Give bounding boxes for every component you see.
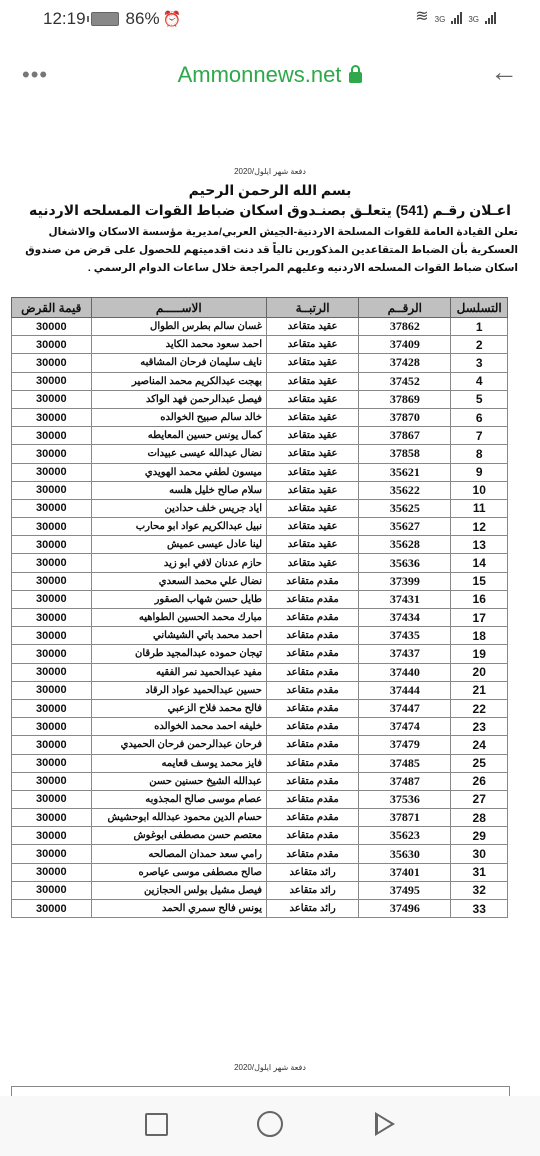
- number-cell: 37479: [359, 736, 451, 754]
- number-cell: 37434: [359, 609, 451, 627]
- rank-cell: مقدم متقاعد: [267, 627, 359, 645]
- table-row: 237409عقيد متقاعداحمد سعود محمد الكايد30…: [12, 336, 508, 354]
- loan-cell: 30000: [12, 481, 92, 499]
- clock: 12:19: [43, 9, 86, 29]
- name-cell: ميسون لطفي محمد الهويدي: [91, 463, 266, 481]
- signal-icon: [485, 10, 496, 24]
- loan-cell: 30000: [12, 554, 92, 572]
- loan-cell: 30000: [12, 445, 92, 463]
- header-loan: قيمة القرض: [12, 298, 92, 318]
- alarm-icon: ⏰: [163, 10, 182, 28]
- rank-cell: مقدم متقاعد: [267, 845, 359, 863]
- rank-cell: مقدم متقاعد: [267, 754, 359, 772]
- table-row: 1837435مقدم متقاعداحمد محمد باتي الشيشان…: [12, 627, 508, 645]
- rank-cell: عقيد متقاعد: [267, 554, 359, 572]
- status-right: ≋ 3G 3G: [415, 10, 496, 24]
- battery-percent: 86%: [126, 9, 160, 29]
- name-cell: فيصل عبدالرحمن فهد الواكد: [91, 390, 266, 408]
- serial-cell: 31: [451, 863, 508, 881]
- number-cell: 37437: [359, 645, 451, 663]
- loan-cell: 30000: [12, 318, 92, 336]
- loan-cell: 30000: [12, 881, 92, 899]
- table-row: 3237495رائد متقاعدفيصل مشيل بولس الحجازي…: [12, 881, 508, 899]
- number-cell: 35630: [359, 845, 451, 863]
- header-name: الاســـــم: [91, 298, 266, 318]
- name-cell: غسان سالم بطرس الطوال: [91, 318, 266, 336]
- serial-cell: 14: [451, 554, 508, 572]
- name-cell: اياد جريس خلف حدادين: [91, 499, 266, 517]
- name-cell: نضال عبدالله عيسى عبيدات: [91, 445, 266, 463]
- loan-cell: 30000: [12, 427, 92, 445]
- loan-cell: 30000: [12, 699, 92, 717]
- rank-cell: عقيد متقاعد: [267, 390, 359, 408]
- serial-cell: 30: [451, 845, 508, 863]
- header-date: دفعة شهر ايلول/2020: [0, 167, 540, 176]
- loan-cell: 30000: [12, 718, 92, 736]
- name-cell: فايز محمد يوسف قعايمه: [91, 754, 266, 772]
- name-cell: لينا عادل عيسى عميش: [91, 536, 266, 554]
- url-text: Ammonnews.net: [178, 62, 342, 87]
- name-cell: مفيد عبدالحميد نمر الفقيه: [91, 663, 266, 681]
- number-cell: 37869: [359, 390, 451, 408]
- serial-cell: 1: [451, 318, 508, 336]
- number-cell: 37867: [359, 427, 451, 445]
- serial-cell: 3: [451, 354, 508, 372]
- rank-cell: مقدم متقاعد: [267, 699, 359, 717]
- status-left: 12:19 86% ⏰: [43, 9, 181, 29]
- loan-cell: 30000: [12, 372, 92, 390]
- rank-cell: عقيد متقاعد: [267, 481, 359, 499]
- rank-cell: مقدم متقاعد: [267, 790, 359, 808]
- name-cell: معتصم حسن مصطفى ابوغوش: [91, 827, 266, 845]
- number-cell: 37474: [359, 718, 451, 736]
- name-cell: نضال علي محمد السعدي: [91, 572, 266, 590]
- loan-cell: 30000: [12, 809, 92, 827]
- table-row: 3337496رائد متقاعديونس فالح سمري الحمد30…: [12, 900, 508, 918]
- number-cell: 35628: [359, 536, 451, 554]
- url-display[interactable]: Ammonnews.net: [0, 62, 540, 88]
- loan-cell: 30000: [12, 681, 92, 699]
- number-cell: 37871: [359, 809, 451, 827]
- recent-apps-button[interactable]: [145, 1113, 168, 1136]
- rank-cell: عقيد متقاعد: [267, 408, 359, 426]
- rank-cell: مقدم متقاعد: [267, 736, 359, 754]
- loan-cell: 30000: [12, 499, 92, 517]
- network-type-1: 3G: [435, 15, 446, 24]
- rank-cell: عقيد متقاعد: [267, 427, 359, 445]
- header-rank: الرتبــة: [267, 298, 359, 318]
- serial-cell: 11: [451, 499, 508, 517]
- serial-cell: 24: [451, 736, 508, 754]
- loan-cell: 30000: [12, 827, 92, 845]
- name-cell: نبيل عبدالكريم عواد ابو محارب: [91, 518, 266, 536]
- table-row: 1235627عقيد متقاعدنبيل عبدالكريم عواد اب…: [12, 518, 508, 536]
- name-cell: حازم عدنان لافي ابو زيد: [91, 554, 266, 572]
- name-cell: تيجان حموده عبدالمجيد طرقان: [91, 645, 266, 663]
- loan-cell: 30000: [12, 336, 92, 354]
- name-cell: فرحان عبدالرحمن فرحان الحميدي: [91, 736, 266, 754]
- table-row: 1335628عقيد متقاعدلينا عادل عيسى عميش300…: [12, 536, 508, 554]
- number-cell: 37399: [359, 572, 451, 590]
- name-cell: عبدالله الشيخ حسنين حسن: [91, 772, 266, 790]
- serial-cell: 19: [451, 645, 508, 663]
- table-row: 1937437مقدم متقاعدتيجان حموده عبدالمجيد …: [12, 645, 508, 663]
- name-cell: حسين عبدالحميد عواد الرقاد: [91, 681, 266, 699]
- network-type-2: 3G: [468, 15, 479, 24]
- back-button[interactable]: [375, 1112, 395, 1136]
- table-row: 1035622عقيد متقاعدسلام صالح خليل هلسه300…: [12, 481, 508, 499]
- rank-cell: مقدم متقاعد: [267, 681, 359, 699]
- table-row: 3035630مقدم متقاعدرامي سعد حمدان المصالح…: [12, 845, 508, 863]
- table-row: 2637487مقدم متقاعدعبدالله الشيخ حسنين حس…: [12, 772, 508, 790]
- loan-cell: 30000: [12, 790, 92, 808]
- loan-cell: 30000: [12, 845, 92, 863]
- serial-cell: 26: [451, 772, 508, 790]
- serial-cell: 28: [451, 809, 508, 827]
- loan-cell: 30000: [12, 590, 92, 608]
- number-cell: 37428: [359, 354, 451, 372]
- table-row: 1135625عقيد متقاعداياد جريس خلف حدادين30…: [12, 499, 508, 517]
- table-row: 2237447مقدم متقاعدفالح محمد فلاح الزعبي3…: [12, 699, 508, 717]
- name-cell: احمد محمد باتي الشيشاني: [91, 627, 266, 645]
- lock-icon: [349, 72, 362, 83]
- table-row: 337428عقيد متقاعدنايف سليمان فرحان المشا…: [12, 354, 508, 372]
- battery-icon: [91, 12, 119, 26]
- name-cell: طايل حسن شهاب الصقور: [91, 590, 266, 608]
- table-row: 3137401رائد متقاعدصالح مصطفى موسى عياصره…: [12, 863, 508, 881]
- serial-cell: 25: [451, 754, 508, 772]
- table-row: 637870عقيد متقاعدخالد سالم صبيح الخوالده…: [12, 408, 508, 426]
- rank-cell: مقدم متقاعد: [267, 609, 359, 627]
- loan-cell: 30000: [12, 408, 92, 426]
- loan-cell: 30000: [12, 354, 92, 372]
- name-cell: خليفه احمد محمد الخوالده: [91, 718, 266, 736]
- serial-cell: 10: [451, 481, 508, 499]
- table-row: 2337474مقدم متقاعدخليفه احمد محمد الخوال…: [12, 718, 508, 736]
- rank-cell: عقيد متقاعد: [267, 372, 359, 390]
- table-row: 537869عقيد متقاعدفيصل عبدالرحمن فهد الوا…: [12, 390, 508, 408]
- rank-cell: عقيد متقاعد: [267, 354, 359, 372]
- serial-cell: 29: [451, 827, 508, 845]
- loan-cell: 30000: [12, 645, 92, 663]
- number-cell: 37431: [359, 590, 451, 608]
- rank-cell: مقدم متقاعد: [267, 718, 359, 736]
- wifi-icon: ≋: [415, 10, 428, 24]
- number-cell: 35623: [359, 827, 451, 845]
- name-cell: فالح محمد فلاح الزعبي: [91, 699, 266, 717]
- serial-cell: 6: [451, 408, 508, 426]
- table-row: 1737434مقدم متقاعدمبارك محمد الحسين الطو…: [12, 609, 508, 627]
- number-cell: 37495: [359, 881, 451, 899]
- loans-table: التسلسل الرقــم الرتبــة الاســـــم قيمة…: [11, 297, 508, 918]
- loan-cell: 30000: [12, 900, 92, 918]
- number-cell: 37862: [359, 318, 451, 336]
- serial-cell: 5: [451, 390, 508, 408]
- number-cell: 37447: [359, 699, 451, 717]
- serial-cell: 8: [451, 445, 508, 463]
- number-cell: 35625: [359, 499, 451, 517]
- name-cell: خالد سالم صبيح الخوالده: [91, 408, 266, 426]
- basmala: بسم الله الرحمن الرحيم: [0, 182, 540, 199]
- loan-cell: 30000: [12, 572, 92, 590]
- rank-cell: عقيد متقاعد: [267, 499, 359, 517]
- table-row: 2837871مقدم متقاعدحسام الدين محمود عبدال…: [12, 809, 508, 827]
- number-cell: 37496: [359, 900, 451, 918]
- serial-cell: 22: [451, 699, 508, 717]
- name-cell: مبارك محمد الحسين الطواهيه: [91, 609, 266, 627]
- serial-cell: 2: [451, 336, 508, 354]
- serial-cell: 7: [451, 427, 508, 445]
- rank-cell: مقدم متقاعد: [267, 645, 359, 663]
- table-row: 2037440مقدم متقاعدمفيد عبدالحميد نمر الف…: [12, 663, 508, 681]
- number-cell: 35627: [359, 518, 451, 536]
- name-cell: سلام صالح خليل هلسه: [91, 481, 266, 499]
- back-arrow-icon[interactable]: ←: [490, 56, 518, 88]
- table-row: 1435636عقيد متقاعدحازم عدنان لافي ابو زي…: [12, 554, 508, 572]
- serial-cell: 4: [451, 372, 508, 390]
- rank-cell: مقدم متقاعد: [267, 590, 359, 608]
- serial-cell: 23: [451, 718, 508, 736]
- table-row: 2737536مقدم متقاعدعصام موسى صالح المجذوب…: [12, 790, 508, 808]
- number-cell: 37444: [359, 681, 451, 699]
- serial-cell: 12: [451, 518, 508, 536]
- table-row: 837858عقيد متقاعدنضال عبدالله عيسى عبيدا…: [12, 445, 508, 463]
- number-cell: 35621: [359, 463, 451, 481]
- loan-cell: 30000: [12, 772, 92, 790]
- name-cell: يونس فالح سمري الحمد: [91, 900, 266, 918]
- serial-cell: 33: [451, 900, 508, 918]
- table-row: 737867عقيد متقاعدكمال يونس حسين المعايطه…: [12, 427, 508, 445]
- android-nav-bar: [0, 1096, 540, 1156]
- number-cell: 37487: [359, 772, 451, 790]
- table-row: 2137444مقدم متقاعدحسين عبدالحميد عواد ال…: [12, 681, 508, 699]
- number-cell: 37409: [359, 336, 451, 354]
- loan-cell: 30000: [12, 736, 92, 754]
- number-cell: 37536: [359, 790, 451, 808]
- rank-cell: مقدم متقاعد: [267, 809, 359, 827]
- table-row: 1637431مقدم متقاعدطايل حسن شهاب الصقور30…: [12, 590, 508, 608]
- table-row: 137862عقيد متقاعدغسان سالم بطرس الطوال30…: [12, 318, 508, 336]
- serial-cell: 21: [451, 681, 508, 699]
- browser-toolbar: ••• Ammonnews.net ←: [0, 40, 540, 116]
- number-cell: 37485: [359, 754, 451, 772]
- name-cell: نايف سليمان فرحان المشاقبه: [91, 354, 266, 372]
- footer-date: دفعة شهر ايلول/2020: [0, 1063, 540, 1072]
- serial-cell: 9: [451, 463, 508, 481]
- rank-cell: مقدم متقاعد: [267, 827, 359, 845]
- table-header-row: التسلسل الرقــم الرتبــة الاســـــم قيمة…: [12, 298, 508, 318]
- name-cell: صالح مصطفى موسى عياصره: [91, 863, 266, 881]
- serial-cell: 32: [451, 881, 508, 899]
- rank-cell: رائد متقاعد: [267, 900, 359, 918]
- table-row: 2935623مقدم متقاعدمعتصم حسن مصطفى ابوغوش…: [12, 827, 508, 845]
- name-cell: فيصل مشيل بولس الحجازين: [91, 881, 266, 899]
- rank-cell: مقدم متقاعد: [267, 663, 359, 681]
- rank-cell: عقيد متقاعد: [267, 518, 359, 536]
- rank-cell: مقدم متقاعد: [267, 572, 359, 590]
- table-row: 2537485مقدم متقاعدفايز محمد يوسف قعايمه3…: [12, 754, 508, 772]
- loan-cell: 30000: [12, 463, 92, 481]
- header-number: الرقــم: [359, 298, 451, 318]
- number-cell: 37858: [359, 445, 451, 463]
- loan-cell: 30000: [12, 536, 92, 554]
- table-row: 935621عقيد متقاعدميسون لطفي محمد الهويدي…: [12, 463, 508, 481]
- serial-cell: 27: [451, 790, 508, 808]
- rank-cell: عقيد متقاعد: [267, 336, 359, 354]
- table-row: 2437479مقدم متقاعدفرحان عبدالرحمن فرحان …: [12, 736, 508, 754]
- serial-cell: 18: [451, 627, 508, 645]
- name-cell: عصام موسى صالح المجذوبه: [91, 790, 266, 808]
- number-cell: 35622: [359, 481, 451, 499]
- table-row: 1537399مقدم متقاعدنضال علي محمد السعدي30…: [12, 572, 508, 590]
- name-cell: حسام الدين محمود عبدالله ابوحشيش: [91, 809, 266, 827]
- name-cell: احمد سعود محمد الكايد: [91, 336, 266, 354]
- loan-cell: 30000: [12, 609, 92, 627]
- signal-icon: [451, 10, 462, 24]
- loan-cell: 30000: [12, 627, 92, 645]
- home-button[interactable]: [257, 1111, 283, 1137]
- number-cell: 37401: [359, 863, 451, 881]
- number-cell: 35636: [359, 554, 451, 572]
- rank-cell: رائد متقاعد: [267, 881, 359, 899]
- document-page: دفعة شهر ايلول/2020 بسم الله الرحمن الرح…: [0, 116, 540, 1086]
- number-cell: 37440: [359, 663, 451, 681]
- loan-cell: 30000: [12, 663, 92, 681]
- rank-cell: عقيد متقاعد: [267, 536, 359, 554]
- status-bar: 12:19 86% ⏰ ≋ 3G 3G: [0, 0, 540, 40]
- loan-cell: 30000: [12, 863, 92, 881]
- number-cell: 37870: [359, 408, 451, 426]
- loan-cell: 30000: [12, 390, 92, 408]
- header-serial: التسلسل: [451, 298, 508, 318]
- serial-cell: 13: [451, 536, 508, 554]
- loan-cell: 30000: [12, 518, 92, 536]
- rank-cell: مقدم متقاعد: [267, 772, 359, 790]
- name-cell: بهجت عبدالكريم محمد المناصير: [91, 372, 266, 390]
- serial-cell: 16: [451, 590, 508, 608]
- serial-cell: 15: [451, 572, 508, 590]
- name-cell: رامي سعد حمدان المصالحه: [91, 845, 266, 863]
- rank-cell: عقيد متقاعد: [267, 445, 359, 463]
- serial-cell: 17: [451, 609, 508, 627]
- name-cell: كمال يونس حسين المعايطه: [91, 427, 266, 445]
- rank-cell: عقيد متقاعد: [267, 318, 359, 336]
- rank-cell: رائد متقاعد: [267, 863, 359, 881]
- rank-cell: عقيد متقاعد: [267, 463, 359, 481]
- number-cell: 37435: [359, 627, 451, 645]
- number-cell: 37452: [359, 372, 451, 390]
- announcement-paragraph: تعلن القيادة العامة للقوات المسلحة الارد…: [22, 223, 518, 277]
- serial-cell: 20: [451, 663, 508, 681]
- loan-cell: 30000: [12, 754, 92, 772]
- announcement-title: اعـلان رقـم (541) يتعلـق بصنـدوق اسكان ض…: [0, 202, 540, 219]
- table-row: 437452عقيد متقاعدبهجت عبدالكريم محمد الم…: [12, 372, 508, 390]
